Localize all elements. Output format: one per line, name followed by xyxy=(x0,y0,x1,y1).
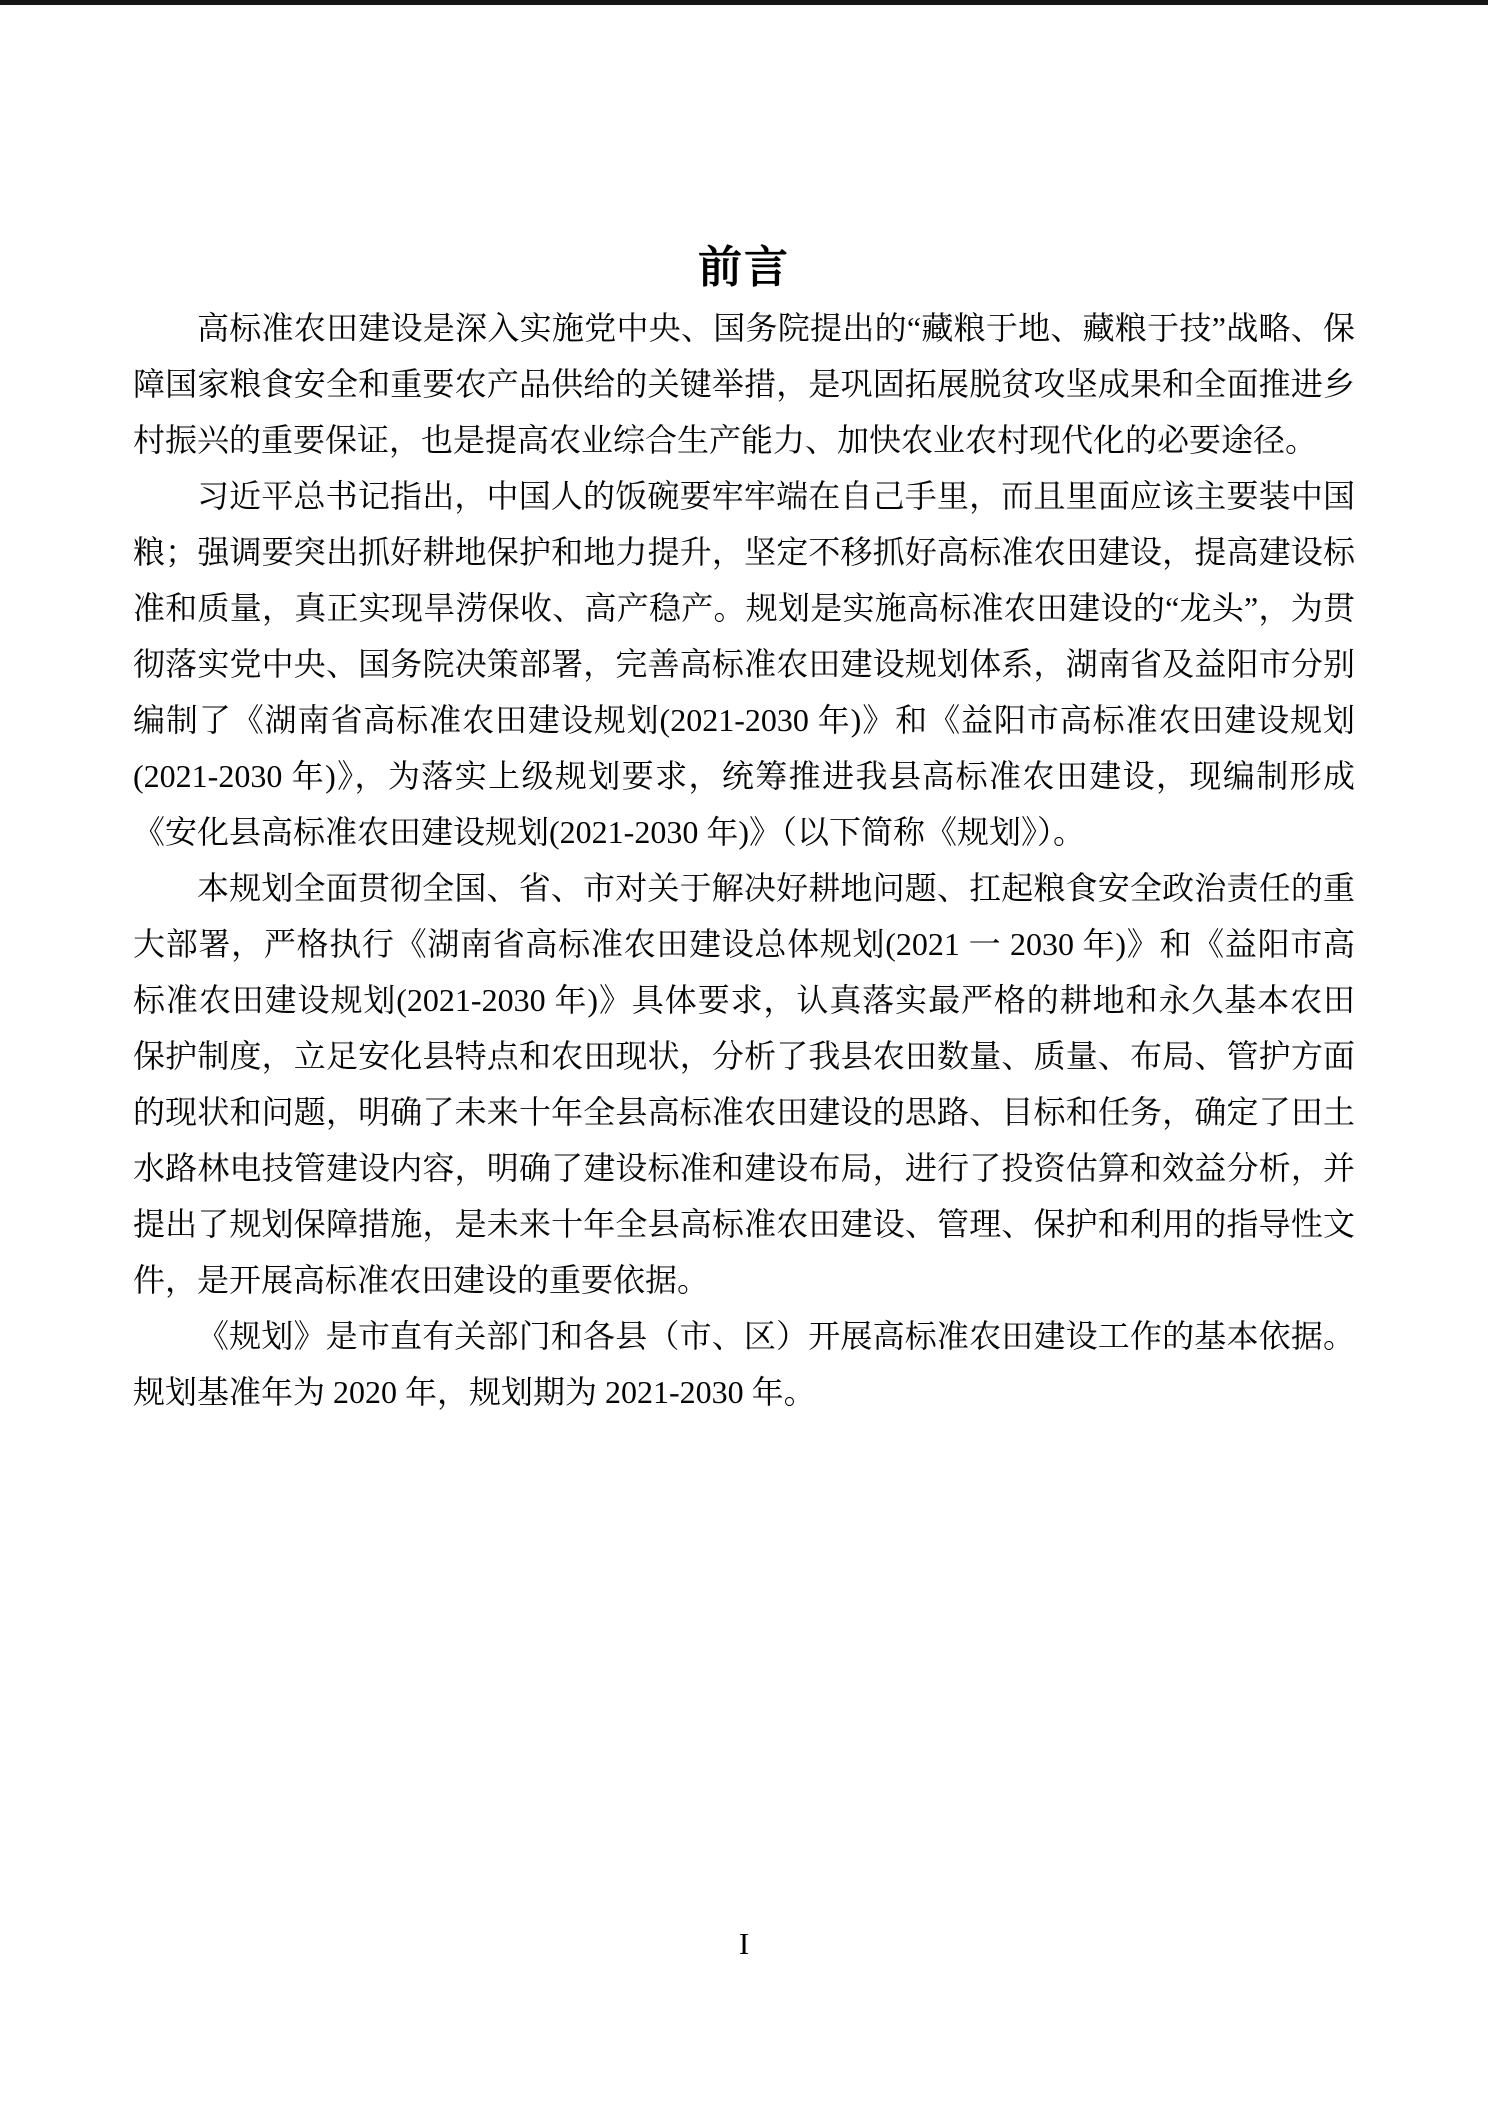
preface-title: 前言 xyxy=(133,0,1355,293)
page-content: 前言 高标准农田建设是深入实施党中央、国务院提出的“藏粮于地、藏粮于技”战略、保… xyxy=(133,0,1355,1420)
page-number: I xyxy=(0,1924,1488,1964)
paragraph-1: 高标准农田建设是深入实施党中央、国务院提出的“藏粮于地、藏粮于技”战略、保障国家… xyxy=(133,300,1355,468)
paragraph-4: 《规划》是市直有关部门和各县（市、区）开展高标准农田建设工作的基本依据。规划基准… xyxy=(133,1308,1355,1420)
paragraph-2: 习近平总书记指出，中国人的饭碗要牢牢端在自己手里，而且里面应该主要装中国粮；强调… xyxy=(133,468,1355,860)
paragraph-3: 本规划全面贯彻全国、省、市对关于解决好耕地问题、扛起粮食安全政治责任的重大部署，… xyxy=(133,860,1355,1308)
preface-body: 高标准农田建设是深入实施党中央、国务院提出的“藏粮于地、藏粮于技”战略、保障国家… xyxy=(133,300,1355,1420)
document-page: 前言 高标准农田建设是深入实施党中央、国务院提出的“藏粮于地、藏粮于技”战略、保… xyxy=(0,0,1488,2104)
